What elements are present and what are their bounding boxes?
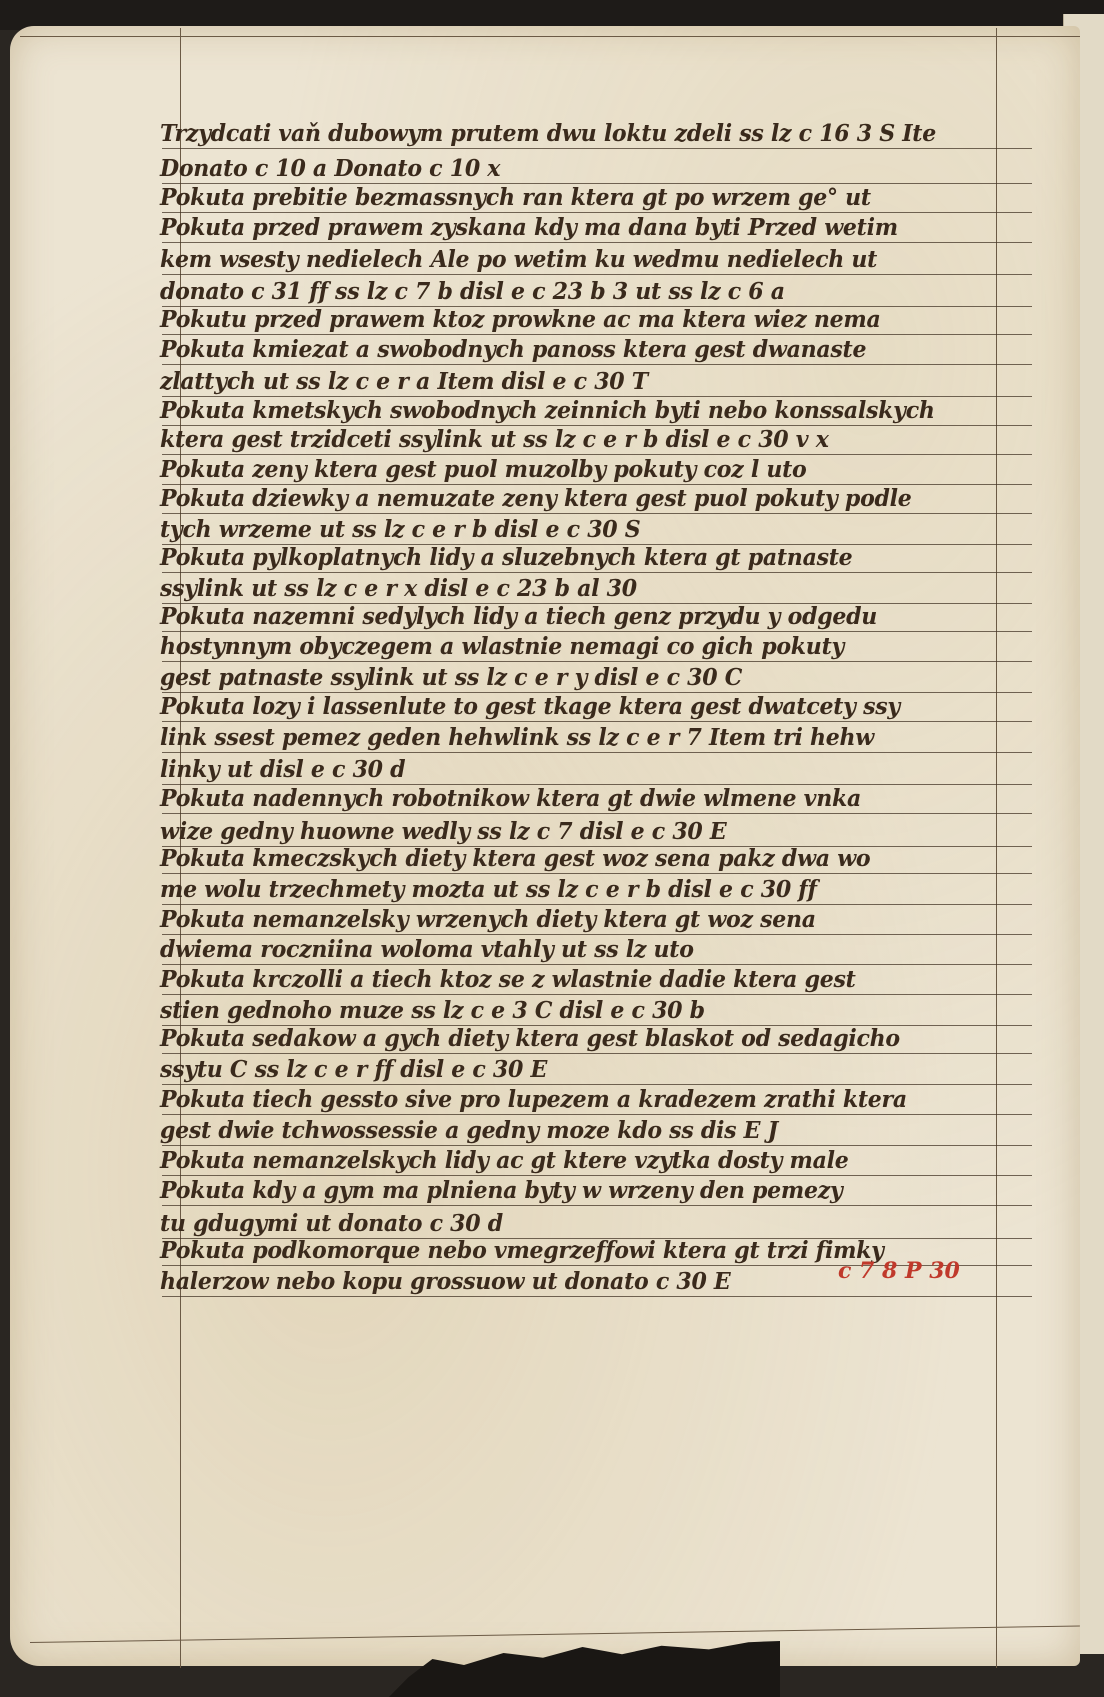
manuscript-line: gest patnaste ssylink ut ss lz c e r y d… xyxy=(160,664,1005,691)
manuscript-line: tych wrzeme ut ss lz c e r b disl e c 30… xyxy=(160,516,1005,543)
ruling-line xyxy=(162,631,1032,632)
manuscript-line: dwiema roczniina woloma vtahly ut ss lz … xyxy=(160,936,1005,963)
manuscript-line: gest dwie tchwossessie a gedny moze kdo … xyxy=(160,1117,1005,1144)
ruling-line xyxy=(162,242,1032,243)
manuscript-line: wize gedny huowne wedly ss lz c 7 disl e… xyxy=(160,818,1005,845)
ruling-line xyxy=(162,364,1032,365)
manuscript-line: Pokuta nemanzelskych lidy ac gt ktere vz… xyxy=(160,1147,1005,1174)
manuscript-line: Pokuta sedakow a gych diety ktera gest b… xyxy=(160,1025,1005,1052)
manuscript-line: Pokutu przed prawem ktoz prowkne ac ma k… xyxy=(160,306,1005,333)
manuscript-line: Pokuta przed prawem zyskana kdy ma dana … xyxy=(160,214,1005,241)
manuscript-line: Pokuta nadennych robotnikow ktera gt dwi… xyxy=(160,785,1005,812)
manuscript-line: Pokuta prebitie bezmassnych ran ktera gt… xyxy=(160,184,1005,211)
manuscript-line: stien gednoho muze ss lz c e 3 C disl e … xyxy=(160,997,1005,1024)
ruling-line xyxy=(162,274,1032,275)
manuscript-line: Pokuta lozy i lassenlute to gest tkage k… xyxy=(160,693,1005,720)
manuscript-line: donato c 31 ff ss lz c 7 b disl e c 23 b… xyxy=(160,278,1005,305)
manuscript-line: link ssest pemez geden hehwlink ss lz c … xyxy=(160,724,1005,751)
manuscript-line: Pokuta kmetskych swobodnych zeinnich byt… xyxy=(160,397,1005,424)
ruling-line xyxy=(162,1296,1032,1297)
manuscript-line: zlattych ut ss lz c e r a Item disl e c … xyxy=(160,368,1005,395)
ruling-line xyxy=(162,1145,1032,1146)
ruling-line xyxy=(162,994,1032,995)
ruling-line xyxy=(162,1114,1032,1115)
ruling-line xyxy=(162,752,1032,753)
manuscript-line: Pokuta krczolli a tiech ktoz se z wlastn… xyxy=(160,966,1005,993)
manuscript-line: Pokuta nemanzelsky wrzenych diety ktera … xyxy=(160,906,1005,933)
ruling-line xyxy=(162,661,1032,662)
ruling-line xyxy=(162,813,1032,814)
ruling-line xyxy=(162,1084,1032,1085)
manuscript-line: Pokuta kmeczskych diety ktera gest woz s… xyxy=(160,845,1005,872)
ruling-line xyxy=(162,334,1032,335)
manuscript-line: ssylink ut ss lz c e r x disl e c 23 b a… xyxy=(160,575,1005,602)
manuscript-line: Pokuta kdy a gym ma plniena byty w wrzen… xyxy=(160,1177,1005,1204)
manuscript-line: Trzydcati vaň dubowym prutem dwu loktu z… xyxy=(160,120,1005,147)
ruling-line xyxy=(162,513,1032,514)
ruling-line xyxy=(162,572,1032,573)
manuscript-line: kem wsesty nedielech Ale po wetim ku wed… xyxy=(160,246,1005,273)
ruling-line xyxy=(162,1053,1032,1054)
manuscript-line: Pokuta nazemni sedylych lidy a tiech gen… xyxy=(160,603,1005,630)
manuscript-line: ssytu C ss lz c e r ff disl e c 30 E xyxy=(160,1056,1005,1083)
ruling-line xyxy=(162,1175,1032,1176)
manuscript-line: Pokuta pylkoplatnych lidy a sluzebnych k… xyxy=(160,544,1005,571)
ruling-line xyxy=(162,873,1032,874)
ruling-line xyxy=(162,454,1032,455)
manuscript-line: Donato c 10 a Donato c 10 x xyxy=(160,155,1005,182)
manuscript-line: Pokuta tiech gessto sive pro lupezem a k… xyxy=(160,1086,1005,1113)
ruling-line xyxy=(162,934,1032,935)
manuscript-line: hostynnym obyczegem a wlastnie nemagi co… xyxy=(160,633,1005,660)
top-rule xyxy=(20,36,1080,37)
ruling-line xyxy=(162,721,1032,722)
ruling-line xyxy=(162,904,1032,905)
ruling-line xyxy=(162,1205,1032,1206)
manuscript-line: tu gdugymi ut donato c 30 d xyxy=(160,1210,1005,1237)
manuscript-line: Pokuta dziewky a nemuzate zeny ktera ges… xyxy=(160,485,1005,512)
ruling-line xyxy=(162,148,1032,149)
folio-note: c 7 8 P 30 xyxy=(838,1258,960,1284)
ruling-line xyxy=(162,212,1032,213)
manuscript-line: Pokuta kmiezat a swobodnych panoss ktera… xyxy=(160,336,1005,363)
manuscript-line: Pokuta zeny ktera gest puol muzolby poku… xyxy=(160,456,1005,483)
ruling-line xyxy=(162,964,1032,965)
manuscript-line: linky ut disl e c 30 d xyxy=(160,756,1005,783)
manuscript-line: me wolu trzechmety mozta ut ss lz c e r … xyxy=(160,876,1005,903)
manuscript-line: ktera gest trzidceti ssylink ut ss lz c … xyxy=(160,426,1005,453)
